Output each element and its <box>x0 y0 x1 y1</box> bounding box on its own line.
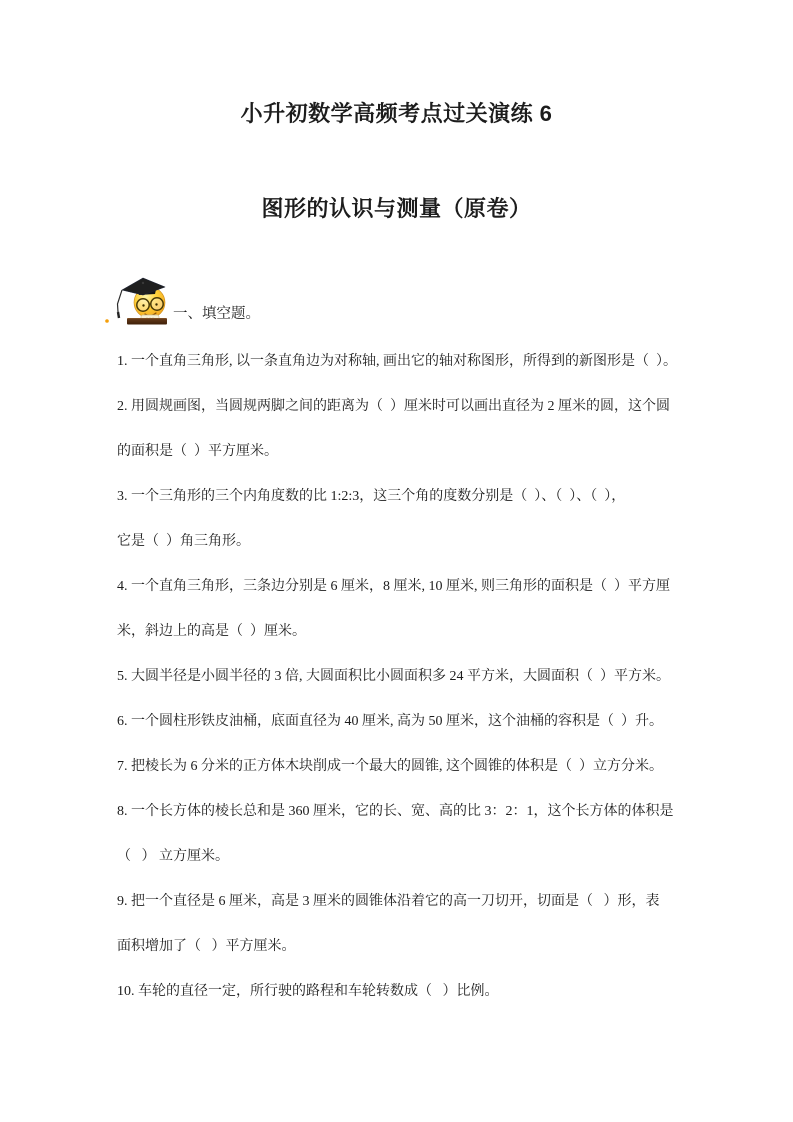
question-8: 8. 一个长方体的棱长总和是 360 厘米，它的长、宽、高的比 3：2：1，这个… <box>117 789 703 879</box>
question-3: 3. 一个三角形的三个内角度数的比 1:2:3，这三个角的度数分别是（ ）、（ … <box>117 474 703 564</box>
mascot-cap-button <box>142 282 144 284</box>
question-1: 1. 一个直角三角形, 以一条直角边为对称轴, 画出它的轴对称图形，所得到的新图… <box>117 339 703 384</box>
question-9: 9. 把一个直径是 6 厘米，高是 3 厘米的圆锥体沿着它的高一刀切开，切面是（… <box>117 879 703 969</box>
question-6: 6. 一个圆柱形铁皮油桶，底面直径为 40 厘米, 高为 50 厘米，这个油桶的… <box>117 699 703 744</box>
question-7: 7. 把棱长为 6 分米的正方体木块削成一个最大的圆锥, 这个圆锥的体积是（ ）… <box>117 744 703 789</box>
question-line: 6. 一个圆柱形铁皮油桶，底面直径为 40 厘米, 高为 50 厘米，这个油桶的… <box>117 699 703 744</box>
page-title: 小升初数学高频考点过关演练 6 <box>0 97 793 128</box>
question-list: 1. 一个直角三角形, 以一条直角边为对称轴, 画出它的轴对称图形，所得到的新图… <box>117 339 703 1014</box>
question-line: 面积增加了（ ）平方厘米。 <box>117 924 703 969</box>
question-line: 10. 车轮的直径一定，所行驶的路程和车轮转数成（ ）比例。 <box>117 969 703 1014</box>
mascot-tassel-dot <box>105 319 109 323</box>
question-line: 它是（ ）角三角形。 <box>117 519 703 564</box>
mascot-podium <box>127 318 167 325</box>
question-line: 8. 一个长方体的棱长总和是 360 厘米，它的长、宽、高的比 3：2：1，这个… <box>117 789 703 834</box>
question-4: 4. 一个直角三角形，三条边分别是 6 厘米，8 厘米, 10 厘米, 则三角形… <box>117 564 703 654</box>
question-line: 的面积是（ ）平方厘米。 <box>117 429 703 474</box>
section-header: 一、填空题。 <box>104 274 260 326</box>
graduate-smiley-podium-icon <box>104 274 170 326</box>
page-subtitle: 图形的认识与测量（原卷） <box>0 192 793 223</box>
question-5: 5. 大圆半径是小圆半径的 3 倍, 大圆面积比小圆面积多 24 平方米，大圆面… <box>117 654 703 699</box>
question-line: 2. 用圆规画图，当圆规两脚之间的距离为（ ）厘米时可以画出直径为 2 厘米的圆… <box>117 384 703 429</box>
question-line: （ ） 立方厘米。 <box>117 834 703 879</box>
mascot-glasses-bridge <box>149 304 151 305</box>
worksheet-page: 小升初数学高频考点过关演练 6 图形的认识与测量（原卷） <box>0 0 793 1122</box>
mascot-tassel-tip <box>118 312 119 318</box>
question-line: 1. 一个直角三角形, 以一条直角边为对称轴, 画出它的轴对称图形，所得到的新图… <box>117 339 703 384</box>
mascot-eye-right <box>155 303 157 305</box>
section-heading: 一、填空题。 <box>173 302 260 326</box>
question-line: 3. 一个三角形的三个内角度数的比 1:2:3，这三个角的度数分别是（ ）、（ … <box>117 474 703 519</box>
mascot-eye-left <box>142 304 144 306</box>
question-line: 米，斜边上的高是（ ）厘米。 <box>117 609 703 654</box>
question-2: 2. 用圆规画图，当圆规两脚之间的距离为（ ）厘米时可以画出直径为 2 厘米的圆… <box>117 384 703 474</box>
question-10: 10. 车轮的直径一定，所行驶的路程和车轮转数成（ ）比例。 <box>117 969 703 1014</box>
question-line: 5. 大圆半径是小圆半径的 3 倍, 大圆面积比小圆面积多 24 平方米，大圆面… <box>117 654 703 699</box>
question-line: 7. 把棱长为 6 分米的正方体木块削成一个最大的圆锥, 这个圆锥的体积是（ ）… <box>117 744 703 789</box>
question-line: 4. 一个直角三角形，三条边分别是 6 厘米，8 厘米, 10 厘米, 则三角形… <box>117 564 703 609</box>
question-line: 9. 把一个直径是 6 厘米，高是 3 厘米的圆锥体沿着它的高一刀切开，切面是（… <box>117 879 703 924</box>
mascot-tassel-cord <box>118 290 123 312</box>
